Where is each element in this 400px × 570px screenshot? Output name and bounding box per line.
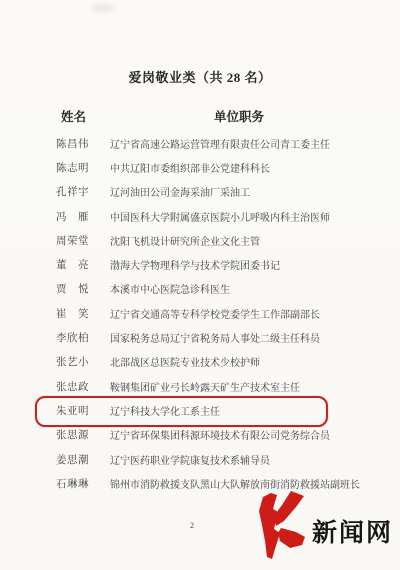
table-row: 董 亮渤海大学物理科学与技术学院团委书记 [56, 252, 386, 276]
table-row: 贾 悦本溪市中心医院急诊科医生 [56, 277, 386, 301]
page-number: 2 [190, 521, 194, 530]
person-name: 贾 悦 [56, 281, 110, 296]
person-name: 周荣堂 [56, 233, 110, 248]
person-name: 崔 笑 [56, 306, 110, 321]
person-name: 张艺小 [56, 354, 110, 369]
table-row: 姜思潮辽宁医药职业学院康复技术系辅导员 [56, 447, 386, 471]
table-row: 冯 雁中国医科大学附属盛京医院小儿呼吸内科主治医师 [56, 204, 386, 228]
column-header-position: 单位职务 [214, 107, 264, 125]
news-site-watermark: 新闻网 [250, 489, 395, 569]
person-name: 冯 雁 [56, 209, 110, 224]
table-row: 李欣柏国家税务总局辽宁省税务局人事处二级主任科员 [56, 325, 386, 349]
person-position: 辽宁省环保集团科源环境技术有限公司党务综合员 [110, 427, 330, 442]
person-position: 国家税务总局辽宁省税务局人事处二级主任科员 [110, 330, 320, 345]
person-name: 朱亚明 [56, 403, 110, 418]
person-name: 陈昌伟 [56, 136, 110, 151]
watermark-text: 新闻网 [312, 513, 393, 549]
person-position: 中共辽阳市委组织部非公党建科科长 [110, 160, 270, 175]
person-name: 石琳琳 [56, 476, 110, 491]
column-header-name: 姓名 [61, 107, 86, 125]
table-row: 陈志明中共辽阳市委组织部非公党建科科长 [56, 155, 386, 179]
table-row: 陈昌伟辽宁省高速公路运营管理有限责任公司青工委主任 [56, 131, 386, 155]
scan-smudge [92, 4, 114, 12]
person-name: 董 亮 [56, 257, 110, 272]
table-row: 孔祥宇辽河油田公司金海采油厂采油工 [56, 180, 386, 204]
person-position: 北部战区总医院专业技术少校护师 [110, 354, 260, 369]
red-brush-k-icon [250, 489, 310, 569]
table-row-highlighted: 朱亚明辽宁科技大学化工系主任 [56, 398, 386, 422]
table-row: 周荣堂沈阳飞机设计研究所企业文化主管 [56, 228, 386, 252]
table-row: 崔 笑辽宁省交通高等专科学校党委学生工作部副部长 [56, 301, 386, 325]
page-title: 爱岗敬业类（共 28 名） [0, 67, 400, 86]
person-position: 辽河油田公司金海采油厂采油工 [110, 184, 250, 199]
person-name: 陈志明 [56, 160, 110, 175]
person-position: 辽宁医药职业学院康复技术系辅导员 [110, 452, 270, 467]
person-position: 辽宁省交通高等专科学校党委学生工作部副部长 [110, 306, 320, 321]
person-position: 辽宁省高速公路运营管理有限责任公司青工委主任 [110, 136, 330, 151]
person-name: 姜思潮 [56, 452, 110, 467]
person-name: 李欣柏 [56, 330, 110, 345]
column-headers: 姓名 单位职务 [0, 107, 400, 123]
person-position: 沈阳飞机设计研究所企业文化主管 [110, 233, 260, 248]
person-name: 张忠政 [56, 379, 110, 394]
person-name: 孔祥宇 [56, 184, 110, 199]
person-position: 辽宁科技大学化工系主任 [110, 403, 220, 418]
table-row: 张忠政鞍钢集团矿业弓长岭露天矿生产技术室主任 [56, 374, 386, 398]
person-position: 渤海大学物理科学与技术学院团委书记 [110, 257, 280, 272]
person-position: 本溪市中心医院急诊科医生 [110, 281, 230, 296]
person-name: 张思源 [56, 427, 110, 442]
table-row: 张艺小北部战区总医院专业技术少校护师 [56, 350, 386, 374]
person-position: 鞍钢集团矿业弓长岭露天矿生产技术室主任 [110, 379, 300, 394]
document-page: 爱岗敬业类（共 28 名） 姓名 单位职务 陈昌伟辽宁省高速公路运营管理有限责任… [0, 0, 400, 570]
table-row: 张思源辽宁省环保集团科源环境技术有限公司党务综合员 [56, 423, 386, 447]
person-position: 中国医科大学附属盛京医院小儿呼吸内科主治医师 [110, 209, 330, 224]
roster-list: 陈昌伟辽宁省高速公路运营管理有限责任公司青工委主任 陈志明中共辽阳市委组织部非公… [56, 131, 386, 495]
